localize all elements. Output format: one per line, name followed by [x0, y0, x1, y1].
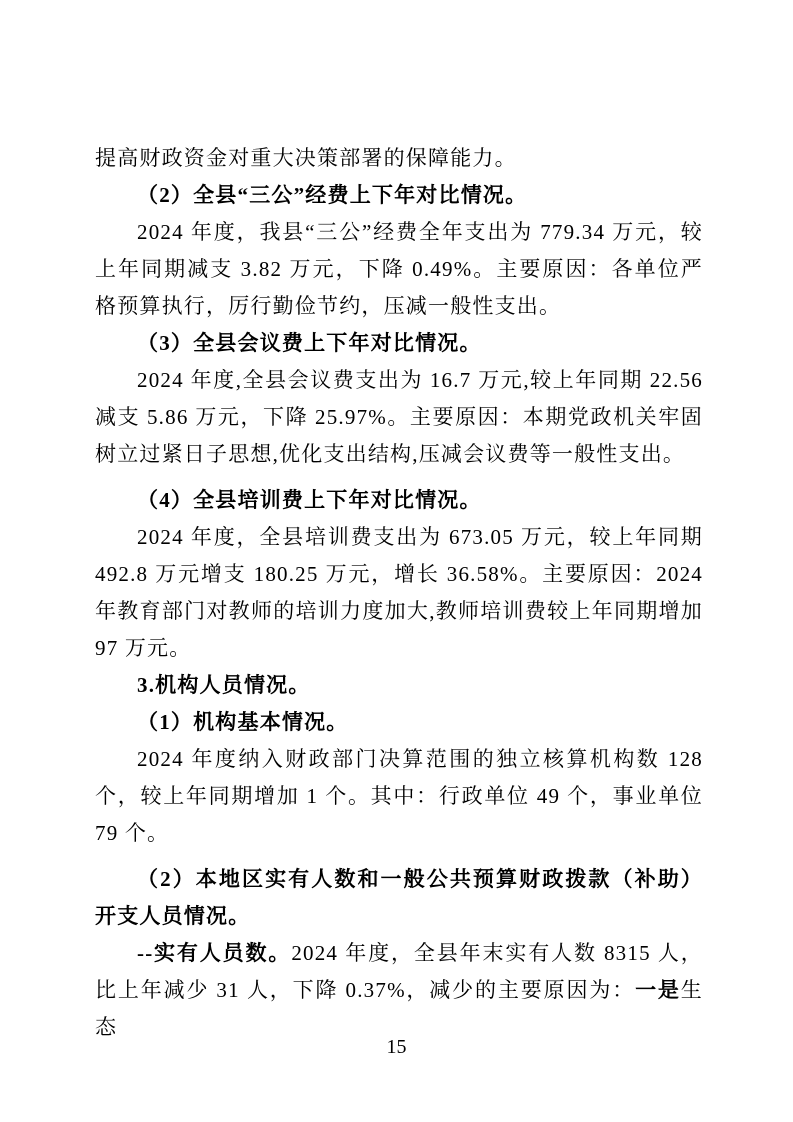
heading-meeting-fee-comparison: （3）全县会议费上下年对比情况。: [95, 325, 703, 362]
paragraph-training-fee-detail: 2024 年度，全县培训费支出为 673.05 万元，较上年同期 492.8 万…: [95, 519, 703, 667]
paragraph-carryover: 提高财政资金对重大决策部署的保障能力。: [95, 140, 703, 177]
heading-sangong-expense-comparison: （2）全县“三公”经费上下年对比情况。: [95, 177, 703, 214]
paragraph-org-basic-detail: 2024 年度纳入财政部门决算范围的独立核算机构数 128 个，较上年同期增加 …: [95, 741, 703, 852]
page-number: 15: [0, 1036, 793, 1059]
heading-org-basic-situation: （1）机构基本情况。: [95, 704, 703, 741]
document-body: 提高财政资金对重大决策部署的保障能力。 （2）全县“三公”经费上下年对比情况。 …: [95, 140, 703, 1046]
heading-org-personnel-overview: 3.机构人员情况。: [95, 667, 703, 704]
actual-personnel-label: --实有人员数。: [137, 941, 291, 965]
reason-one-label: 一是: [635, 978, 681, 1002]
paragraph-sangong-expense-detail: 2024 年度，我县“三公”经费全年支出为 779.34 万元，较上年同期减支 …: [95, 214, 703, 325]
paragraph-actual-personnel-detail: --实有人员数。2024 年度，全县年末实有人数 8315 人，比上年减少 31…: [95, 935, 703, 1046]
paragraph-meeting-fee-detail: 2024 年度,全县会议费支出为 16.7 万元,较上年同期 22.56 减支 …: [95, 362, 703, 473]
document-page: 提高财政资金对重大决策部署的保障能力。 （2）全县“三公”经费上下年对比情况。 …: [0, 0, 793, 1122]
heading-training-fee-comparison: （4）全县培训费上下年对比情况。: [95, 482, 703, 519]
heading-personnel-counts: （2）本地区实有人数和一般公共预算财政拨款（补助）开支人员情况。: [95, 861, 703, 935]
